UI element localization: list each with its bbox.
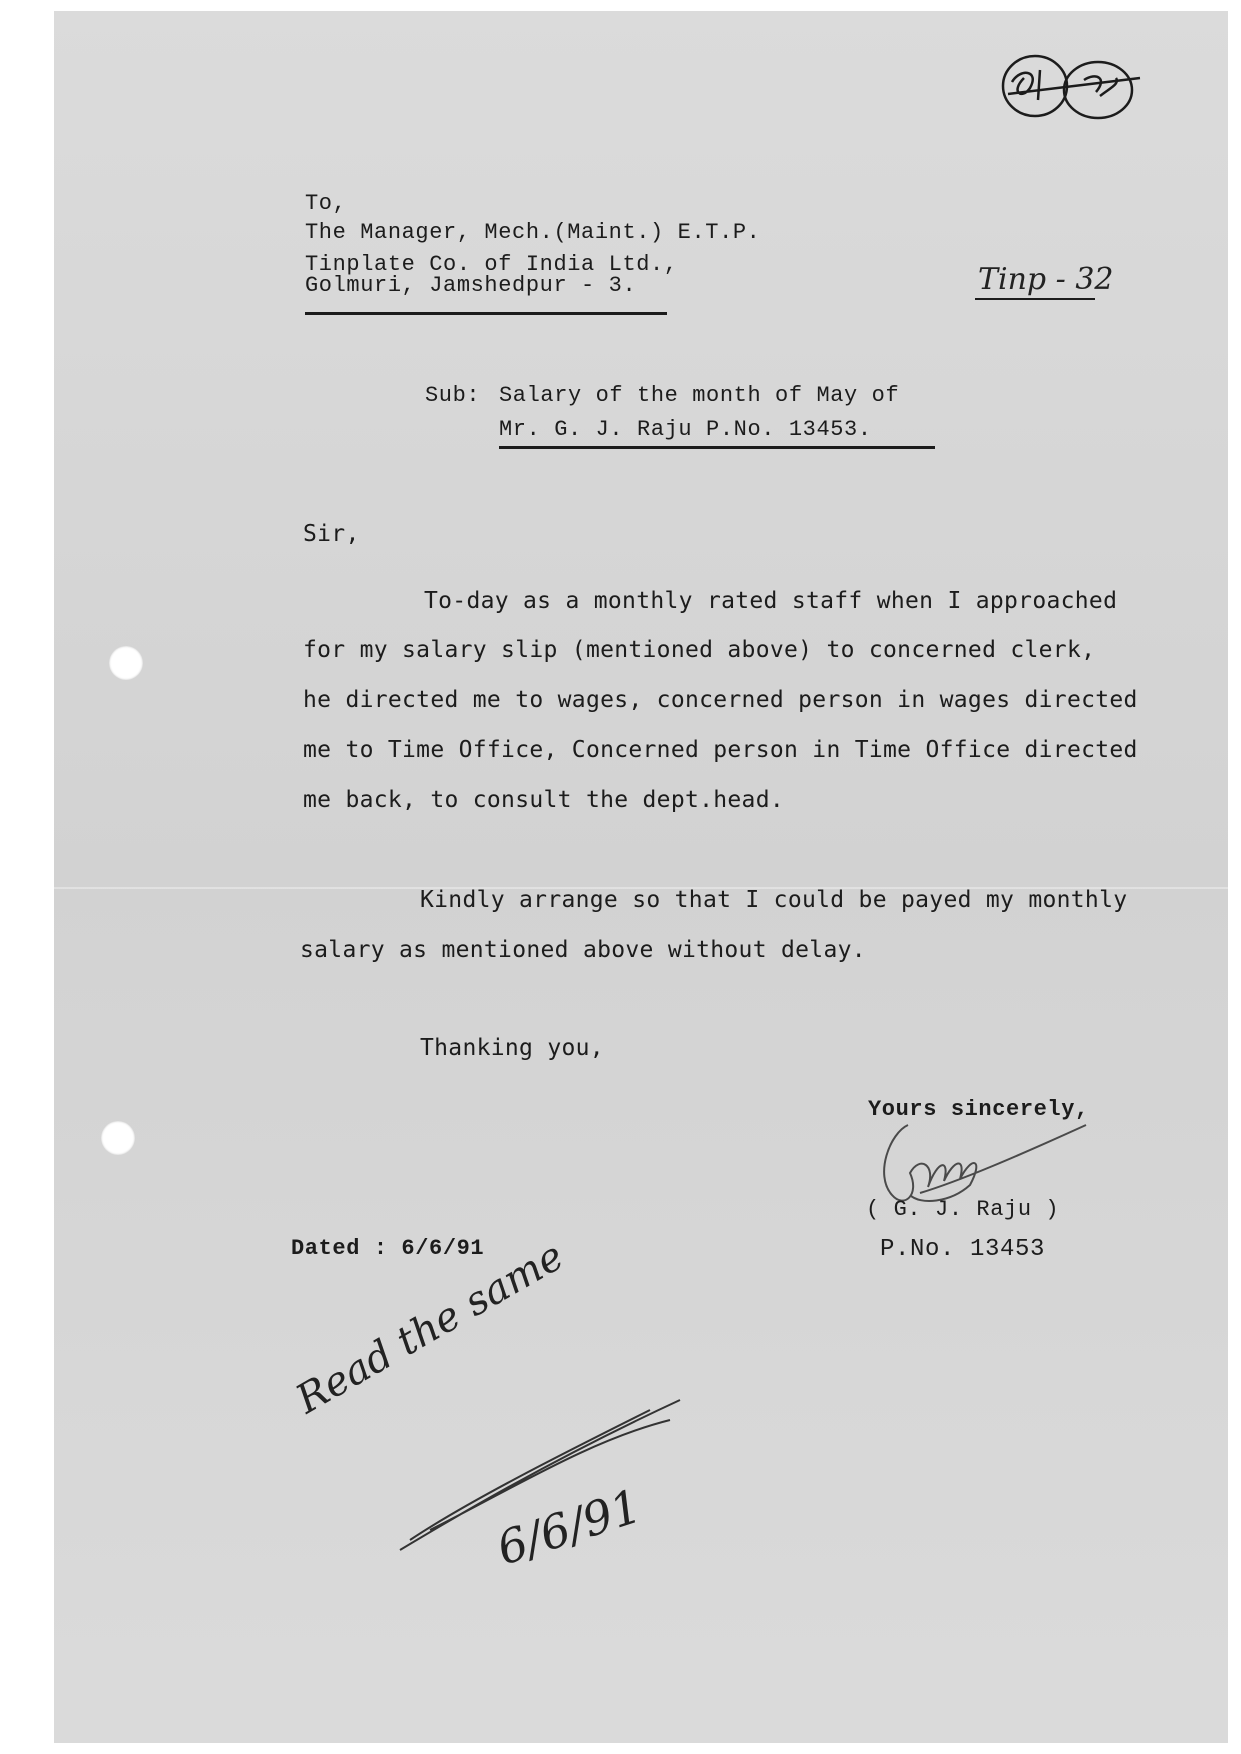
signatory-name: ( G. J. Raju ) [866,1198,1059,1222]
closing-thanks: Thanking you, [420,1036,604,1060]
dated-label: Dated : 6/6/91 [291,1237,484,1261]
greeting: Sir, [303,522,360,546]
subject-line-2: Mr. G. J. Raju P.No. 13453. [499,418,872,442]
paragraph-2-line-1: Kindly arrange so that I could be payed … [420,888,1127,912]
punch-hole-top [109,646,143,680]
recipient-to: To, [305,192,346,216]
subject-label: Sub: [425,384,480,408]
recipient-line-1: The Manager, Mech.(Maint.) E.T.P. [305,221,760,245]
recipient-underline [305,312,667,315]
signatory-pno: P.No. 13453 [880,1238,1045,1262]
paragraph-1-line-2: for my salary slip (mentioned above) to … [303,638,1095,662]
paragraph-1-line-5: me back, to consult the dept.head. [303,788,784,812]
paragraph-1-line-1: To-day as a monthly rated staff when I a… [424,589,1117,613]
punch-hole-bottom [101,1121,135,1155]
page-number-circles-icon [1000,48,1140,128]
recipient-line-3: Golmuri, Jamshedpur - 3. [305,274,636,298]
paragraph-1-line-4: me to Time Office, Concerned person in T… [303,738,1138,762]
paragraph-1-line-3: he directed me to wages, concerned perso… [303,688,1138,712]
subject-underline [499,446,935,449]
closing: Yours sincerely, [868,1098,1089,1122]
handwritten-reference: Tinp - 32 [978,262,1114,297]
paragraph-2-line-2: salary as mentioned above without delay. [300,938,866,962]
reference-underline [975,298,1095,300]
subject-line-1: Salary of the month of May of [499,384,899,408]
